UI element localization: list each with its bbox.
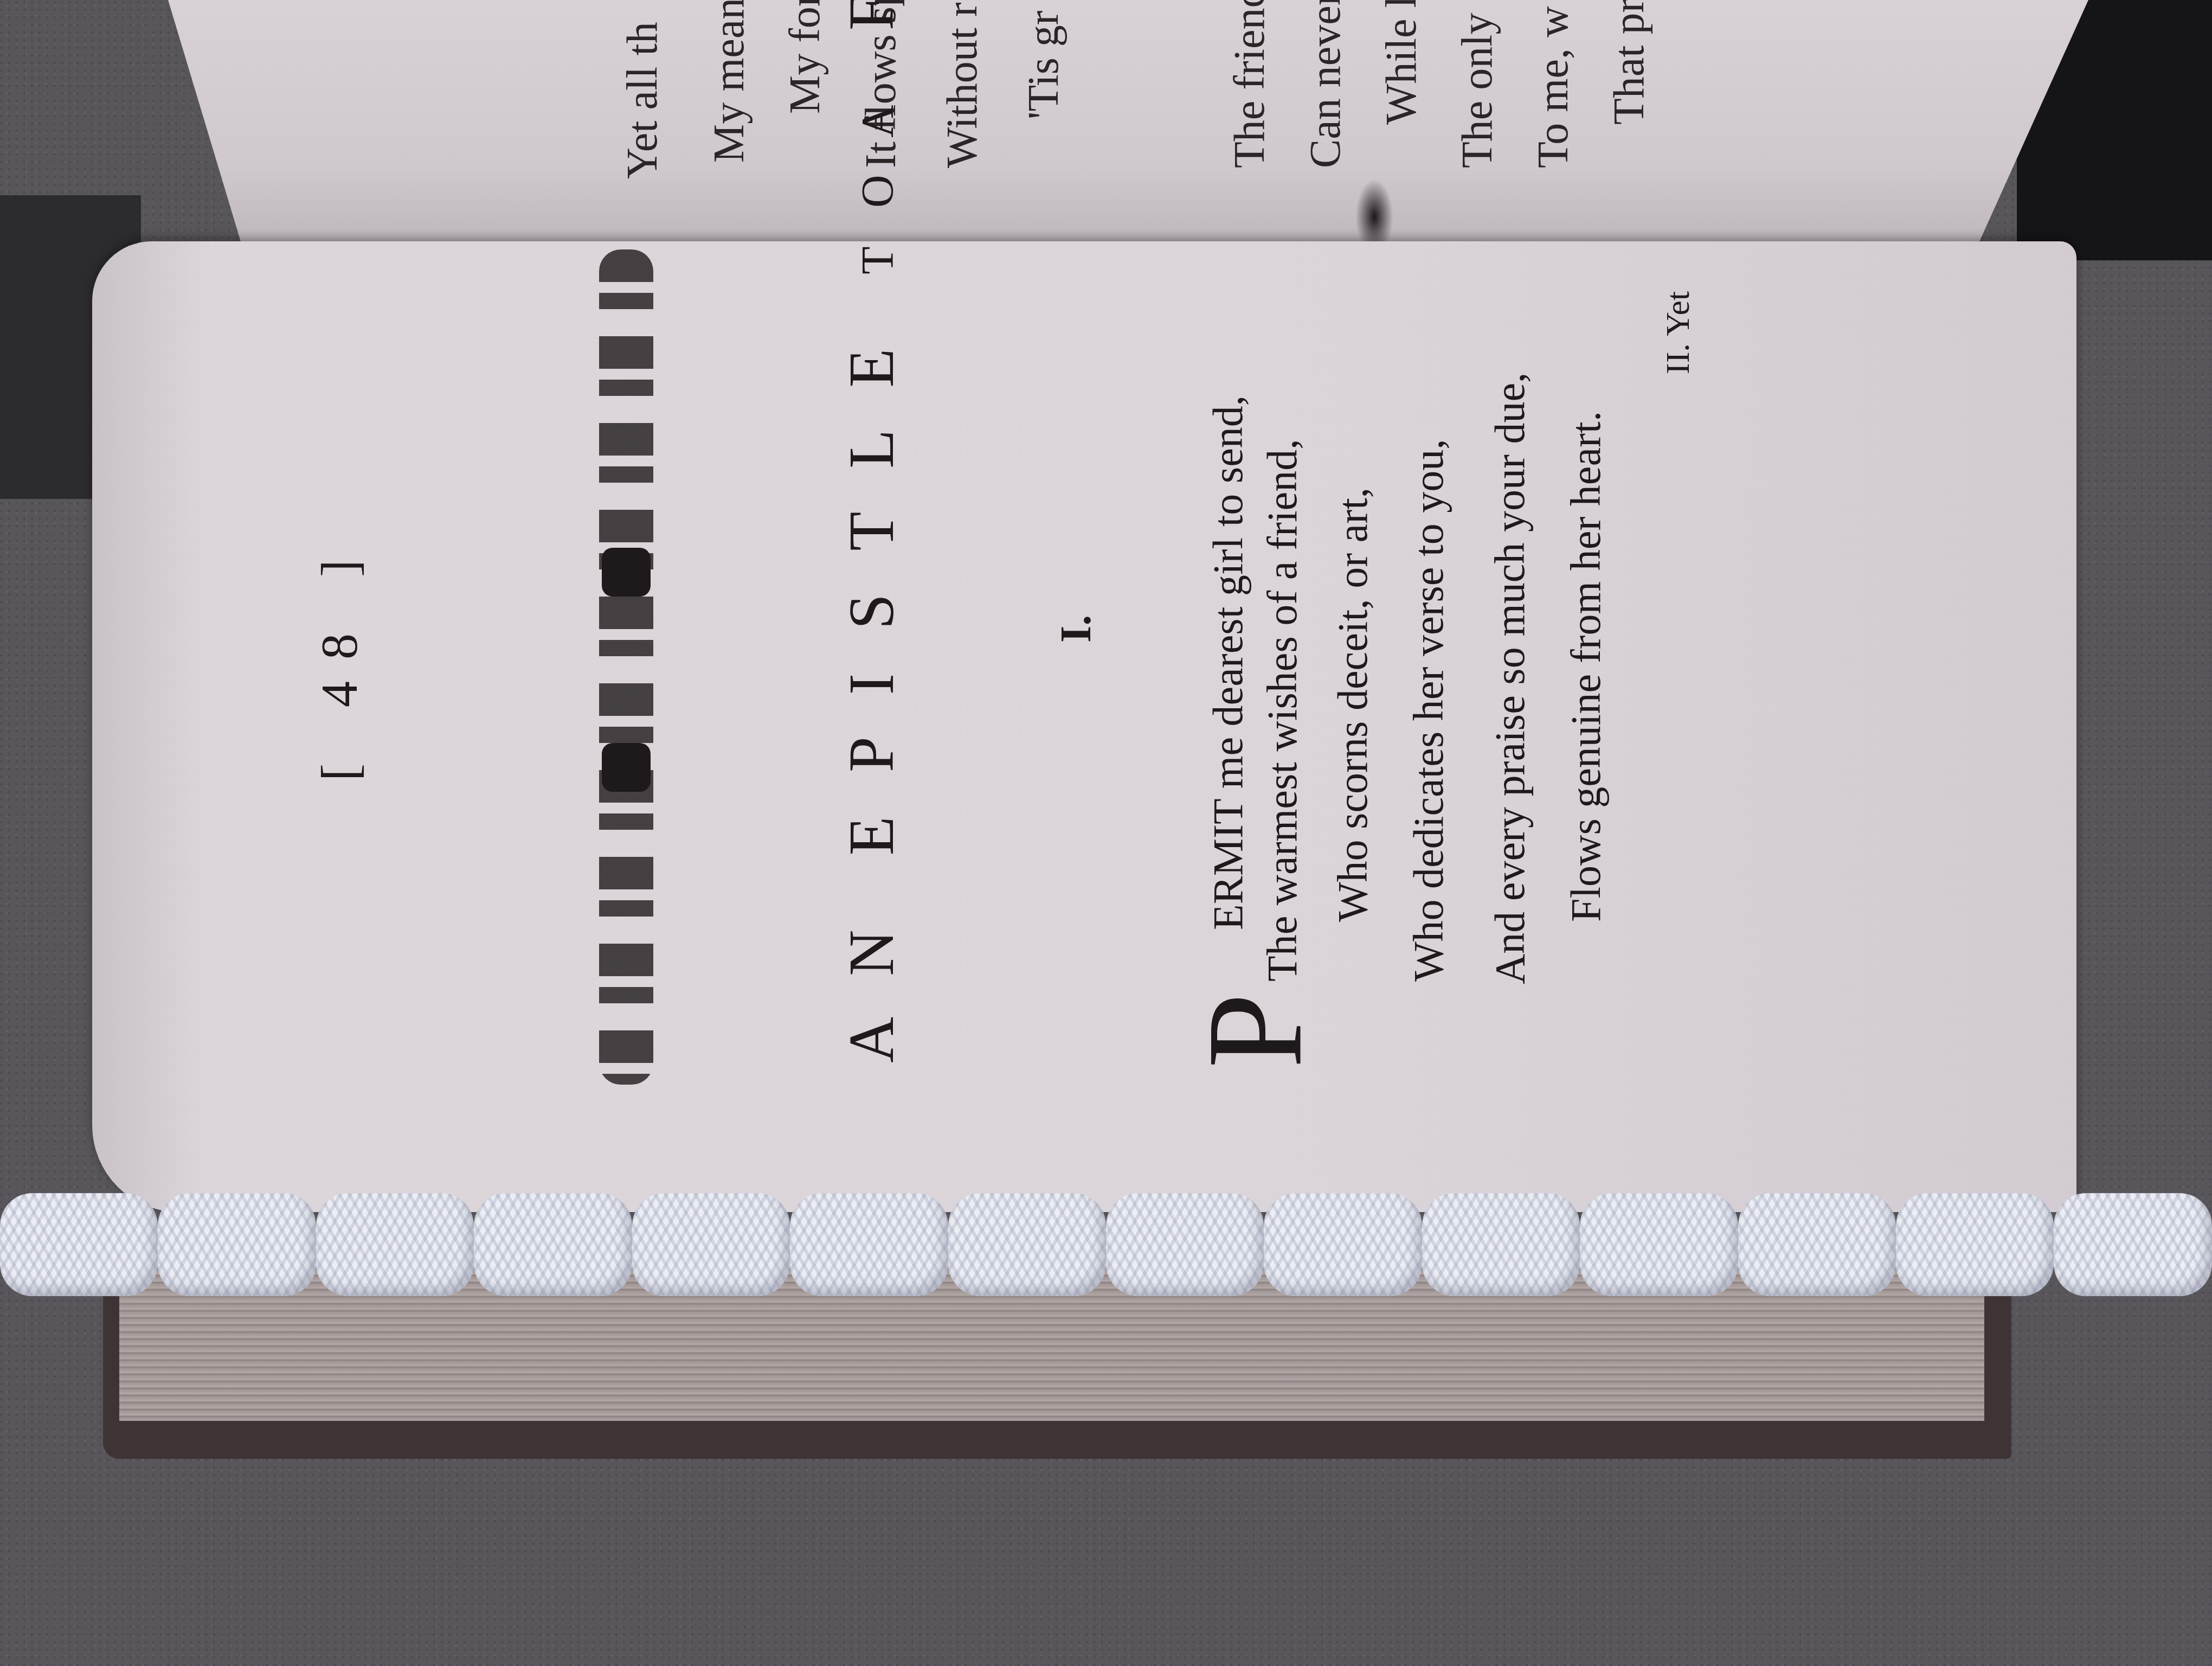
cord-segment <box>1896 1193 2054 1296</box>
cord-segment <box>158 1193 316 1296</box>
cord-segment <box>632 1193 790 1296</box>
facing-line: 'Tis gr <box>1019 11 1069 119</box>
verse-line: The warmest wishes of a friend, <box>1258 439 1307 982</box>
facing-line: Can never <box>1301 0 1351 168</box>
facing-line: Without r <box>938 2 987 168</box>
verse-line: And every praise so much your due, <box>1486 372 1534 984</box>
weight-cord <box>0 1188 2212 1302</box>
cord-segment <box>948 1193 1106 1296</box>
rosette-icon <box>602 743 651 792</box>
catchword: II. Yet <box>1659 291 1697 374</box>
facing-line: My meani <box>705 0 754 163</box>
cord-segment <box>790 1193 948 1296</box>
main-page <box>92 241 2076 1212</box>
cord-segment <box>1106 1193 1264 1296</box>
cord-segment <box>1422 1193 1580 1296</box>
cord-segment <box>316 1193 474 1296</box>
verse-line: Flows genuine from her heart. <box>1561 411 1610 922</box>
cord-segment <box>0 1193 158 1296</box>
poem-title: A N E P I S T L E T O A F R I E N D. <box>835 0 909 1063</box>
cord-segment <box>1738 1193 1896 1296</box>
drop-cap: P <box>1187 993 1323 1068</box>
verse-line: Who dedicates her verse to you, <box>1404 439 1453 982</box>
facing-line: The only <box>1453 12 1502 168</box>
cord-segment <box>1580 1193 1738 1296</box>
facing-line: While l <box>1377 0 1426 125</box>
cord-segment <box>2054 1193 2211 1296</box>
verse-line: ERMIT me dearest girl to send, <box>1204 395 1252 930</box>
cord-segment <box>1264 1193 1422 1296</box>
page-number: [ 48 ] <box>309 538 369 781</box>
facing-line: To me, w <box>1529 6 1578 168</box>
ornament-headpiece-icon <box>599 249 653 1085</box>
facing-page <box>60 0 2098 249</box>
facing-line: Yet all th <box>618 22 667 179</box>
rosette-icon <box>602 548 651 597</box>
facing-line: The frienc <box>1225 0 1275 168</box>
cord-segment <box>474 1193 632 1296</box>
facing-line: That pr <box>1605 0 1654 125</box>
stanza-number: I. <box>1052 615 1101 643</box>
verse-line: Who scorns deceit, or art, <box>1328 488 1377 922</box>
facing-line: My fon <box>781 0 830 114</box>
